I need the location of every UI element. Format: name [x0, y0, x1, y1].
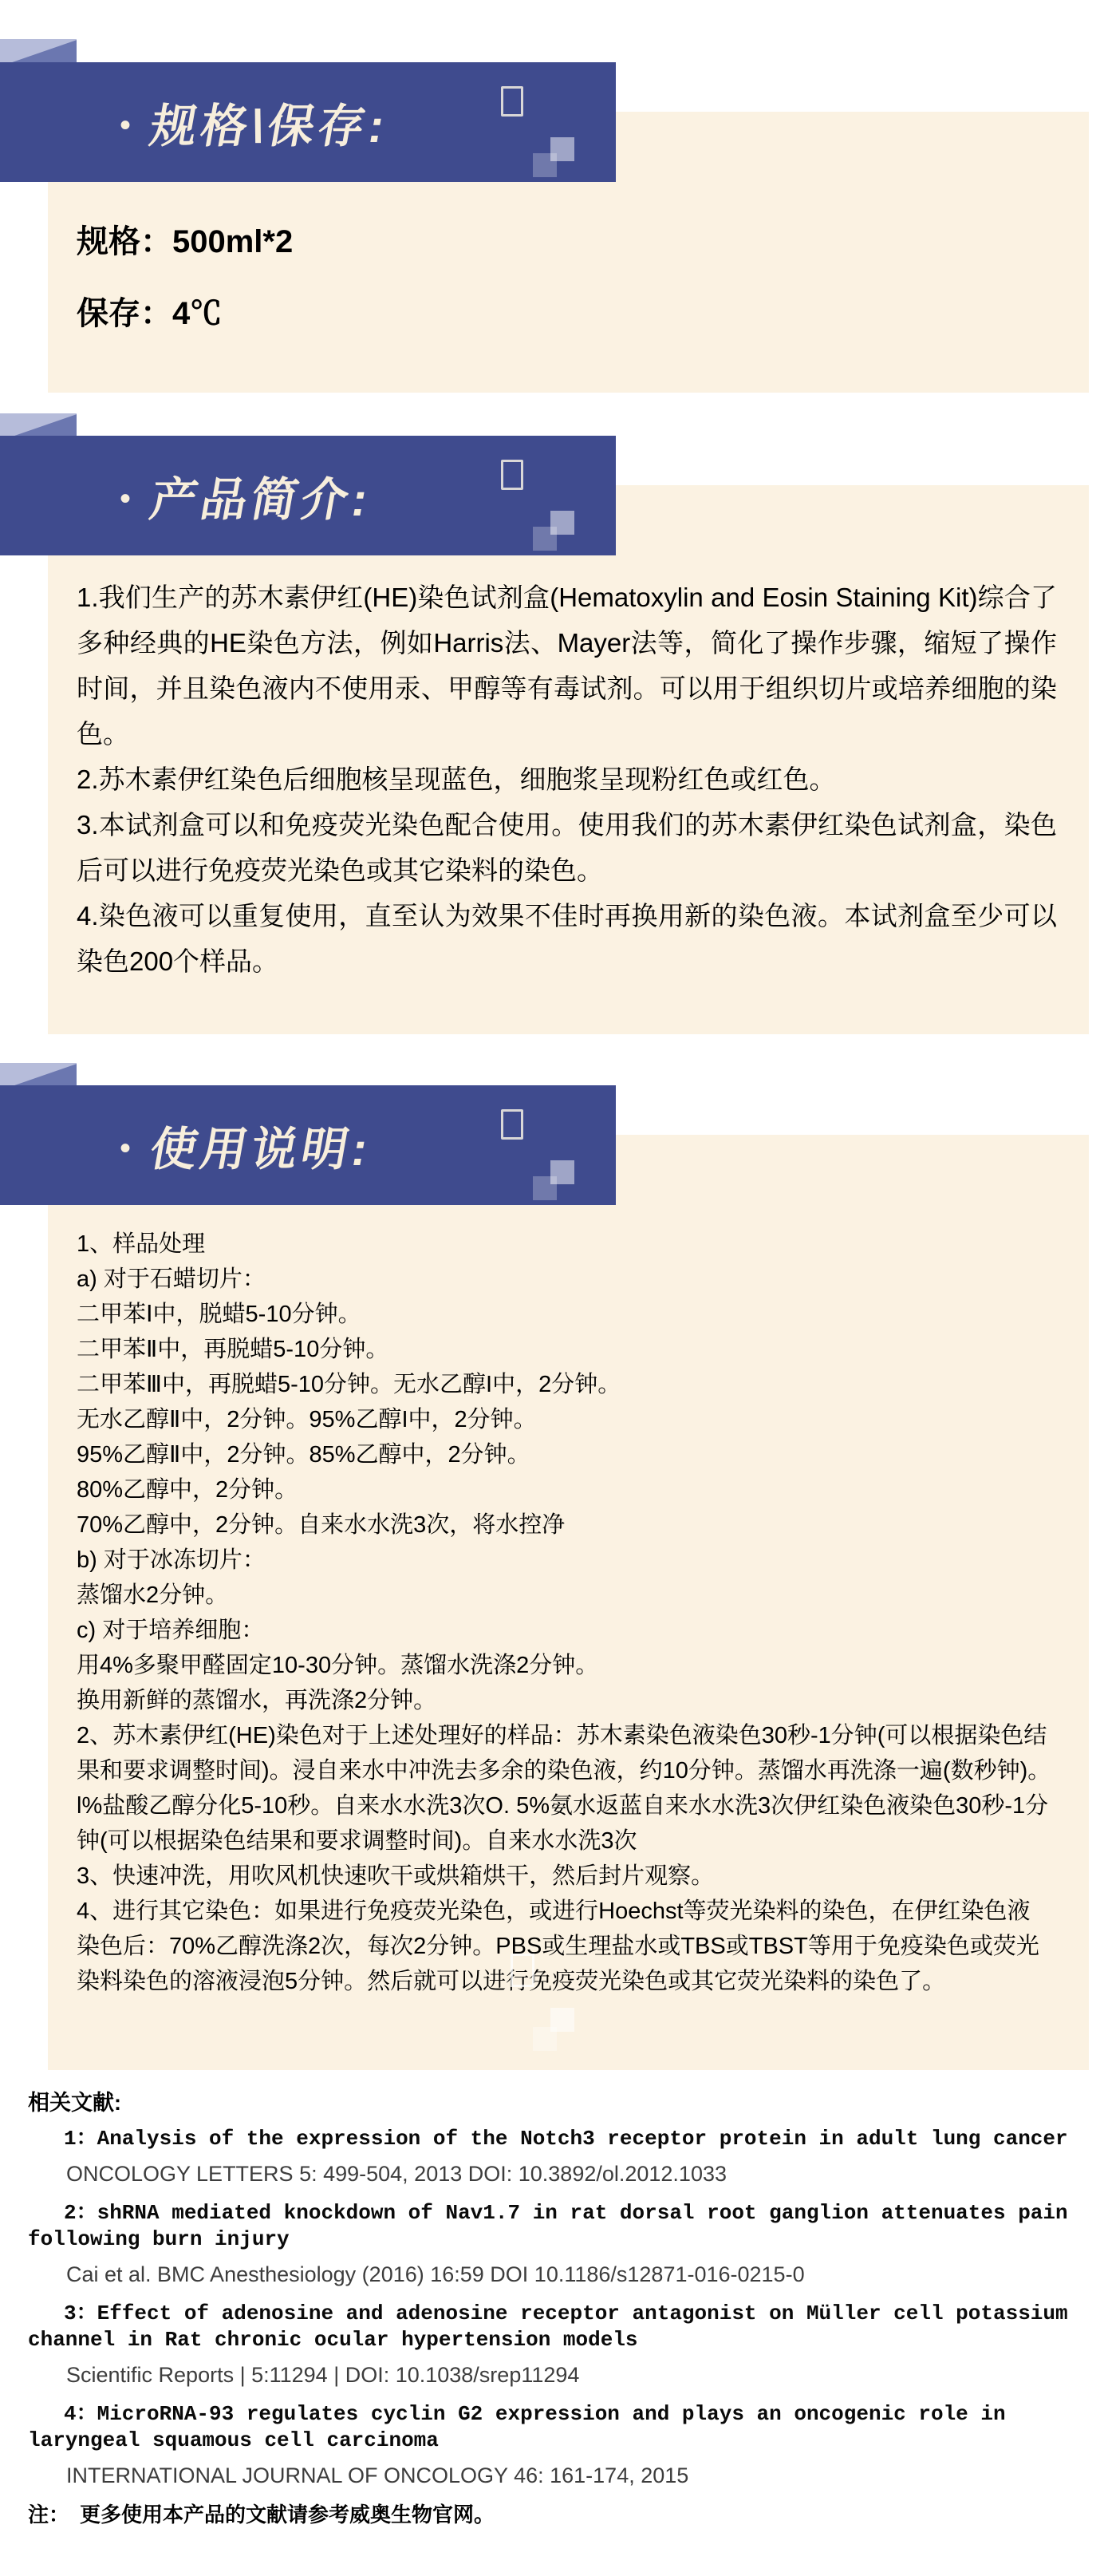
reference-note: 注： 更多使用本产品的文献请参考威奥生物官网。 — [28, 2502, 1089, 2528]
section-title: 规格\保存: — [146, 89, 395, 156]
reference-title: 3：Effect of adenosine and adenosine rece… — [28, 2301, 1089, 2353]
storage-line: 保存：4℃ — [77, 278, 1057, 350]
product-detail-page: 规格：500ml*2 保存：4℃ • 规格\保存: 1.我们生产的苏木素伊红(H… — [0, 0, 1108, 2576]
section-title: 产品简介: — [146, 462, 378, 529]
usage-instructions-banner: • 使用说明: — [0, 1085, 616, 1205]
bullet-dot-icon: • — [120, 109, 131, 141]
ribbon-fold-icon — [0, 39, 77, 62]
square-outline-icon — [501, 460, 523, 490]
references-section: 相关文献: 1：Analysis of the expression of th… — [28, 2091, 1089, 2528]
intro-paragraph: 2.苏木素伊红染色后细胞核呈现蓝色，细胞浆呈现粉红色或红色。 — [77, 757, 1057, 802]
usage-step: 2、苏木素伊红(HE)染色对于上述处理好的样品：苏木素染色液染色30秒-1分钟(… — [77, 1718, 1053, 1859]
square-outline-icon — [501, 1109, 523, 1140]
product-intro-card: 1.我们生产的苏木素伊红(HE)染色试剂盒(Hematoxylin and Eo… — [48, 485, 1089, 1034]
section-title: 使用说明: — [146, 1112, 378, 1179]
intro-paragraph: 1.我们生产的苏木素伊红(HE)染色试剂盒(Hematoxylin and Eo… — [77, 575, 1057, 757]
usage-step: 4、进行其它染色：如果进行免疫荧光染色，或进行Hoechst等荧光染料的染色，在… — [77, 1894, 1053, 1999]
reference-journal: INTERNATIONAL JOURNAL OF ONCOLOGY 46: 16… — [28, 2462, 1089, 2489]
square-filled-icon — [533, 153, 557, 177]
reference-title: 2：shRNA mediated knockdown of Nav1.7 in … — [28, 2200, 1089, 2253]
square-filled-icon — [533, 1176, 557, 1200]
reference-journal: ONCOLOGY LETTERS 5: 499-504, 2013 DOI: 1… — [28, 2160, 1089, 2187]
product-intro-banner: • 产品简介: — [0, 436, 616, 555]
bullet-dot-icon: • — [120, 1132, 131, 1164]
reference-title: 4：MicroRNA-93 regulates cyclin G2 expres… — [28, 2401, 1089, 2454]
reference-journal: Scientific Reports | 5:11294 | DOI: 10.1… — [28, 2361, 1089, 2388]
ribbon-fold-icon — [0, 413, 77, 437]
spec-line: 规格：500ml*2 — [77, 206, 1057, 278]
reference-journal: Cai et al. BMC Anesthesiology (2016) 16:… — [28, 2261, 1089, 2288]
intro-paragraph: 4.染色液可以重复使用，直至认为效果不佳时再换用新的染色液。本试剂盒至少可以染色… — [77, 893, 1057, 984]
usage-instructions-card: 1、样品处理 a) 对于石蜡切片： 二甲苯Ⅰ中，脱蜡5-10分钟。 二甲苯Ⅱ中，… — [48, 1135, 1089, 2070]
square-filled-icon — [533, 527, 557, 551]
spec-storage-banner: • 规格\保存: — [0, 62, 616, 182]
reference-title: 1：Analysis of the expression of the Notc… — [28, 2126, 1089, 2152]
bullet-dot-icon: • — [120, 483, 131, 515]
intro-paragraph: 3.本试剂盒可以和免疫荧光染色配合使用。使用我们的苏木素伊红染色试剂盒，染色后可… — [77, 802, 1057, 893]
usage-step: 3、快速冲洗，用吹风机快速吹干或烘箱烘干，然后封片观察。 — [77, 1859, 1053, 1894]
ribbon-fold-icon — [0, 1063, 77, 1086]
references-heading: 相关文献: — [28, 2091, 1089, 2115]
square-outline-icon — [501, 86, 523, 117]
usage-step: 1、样品处理 a) 对于石蜡切片： 二甲苯Ⅰ中，脱蜡5-10分钟。 二甲苯Ⅱ中，… — [77, 1227, 1053, 1718]
